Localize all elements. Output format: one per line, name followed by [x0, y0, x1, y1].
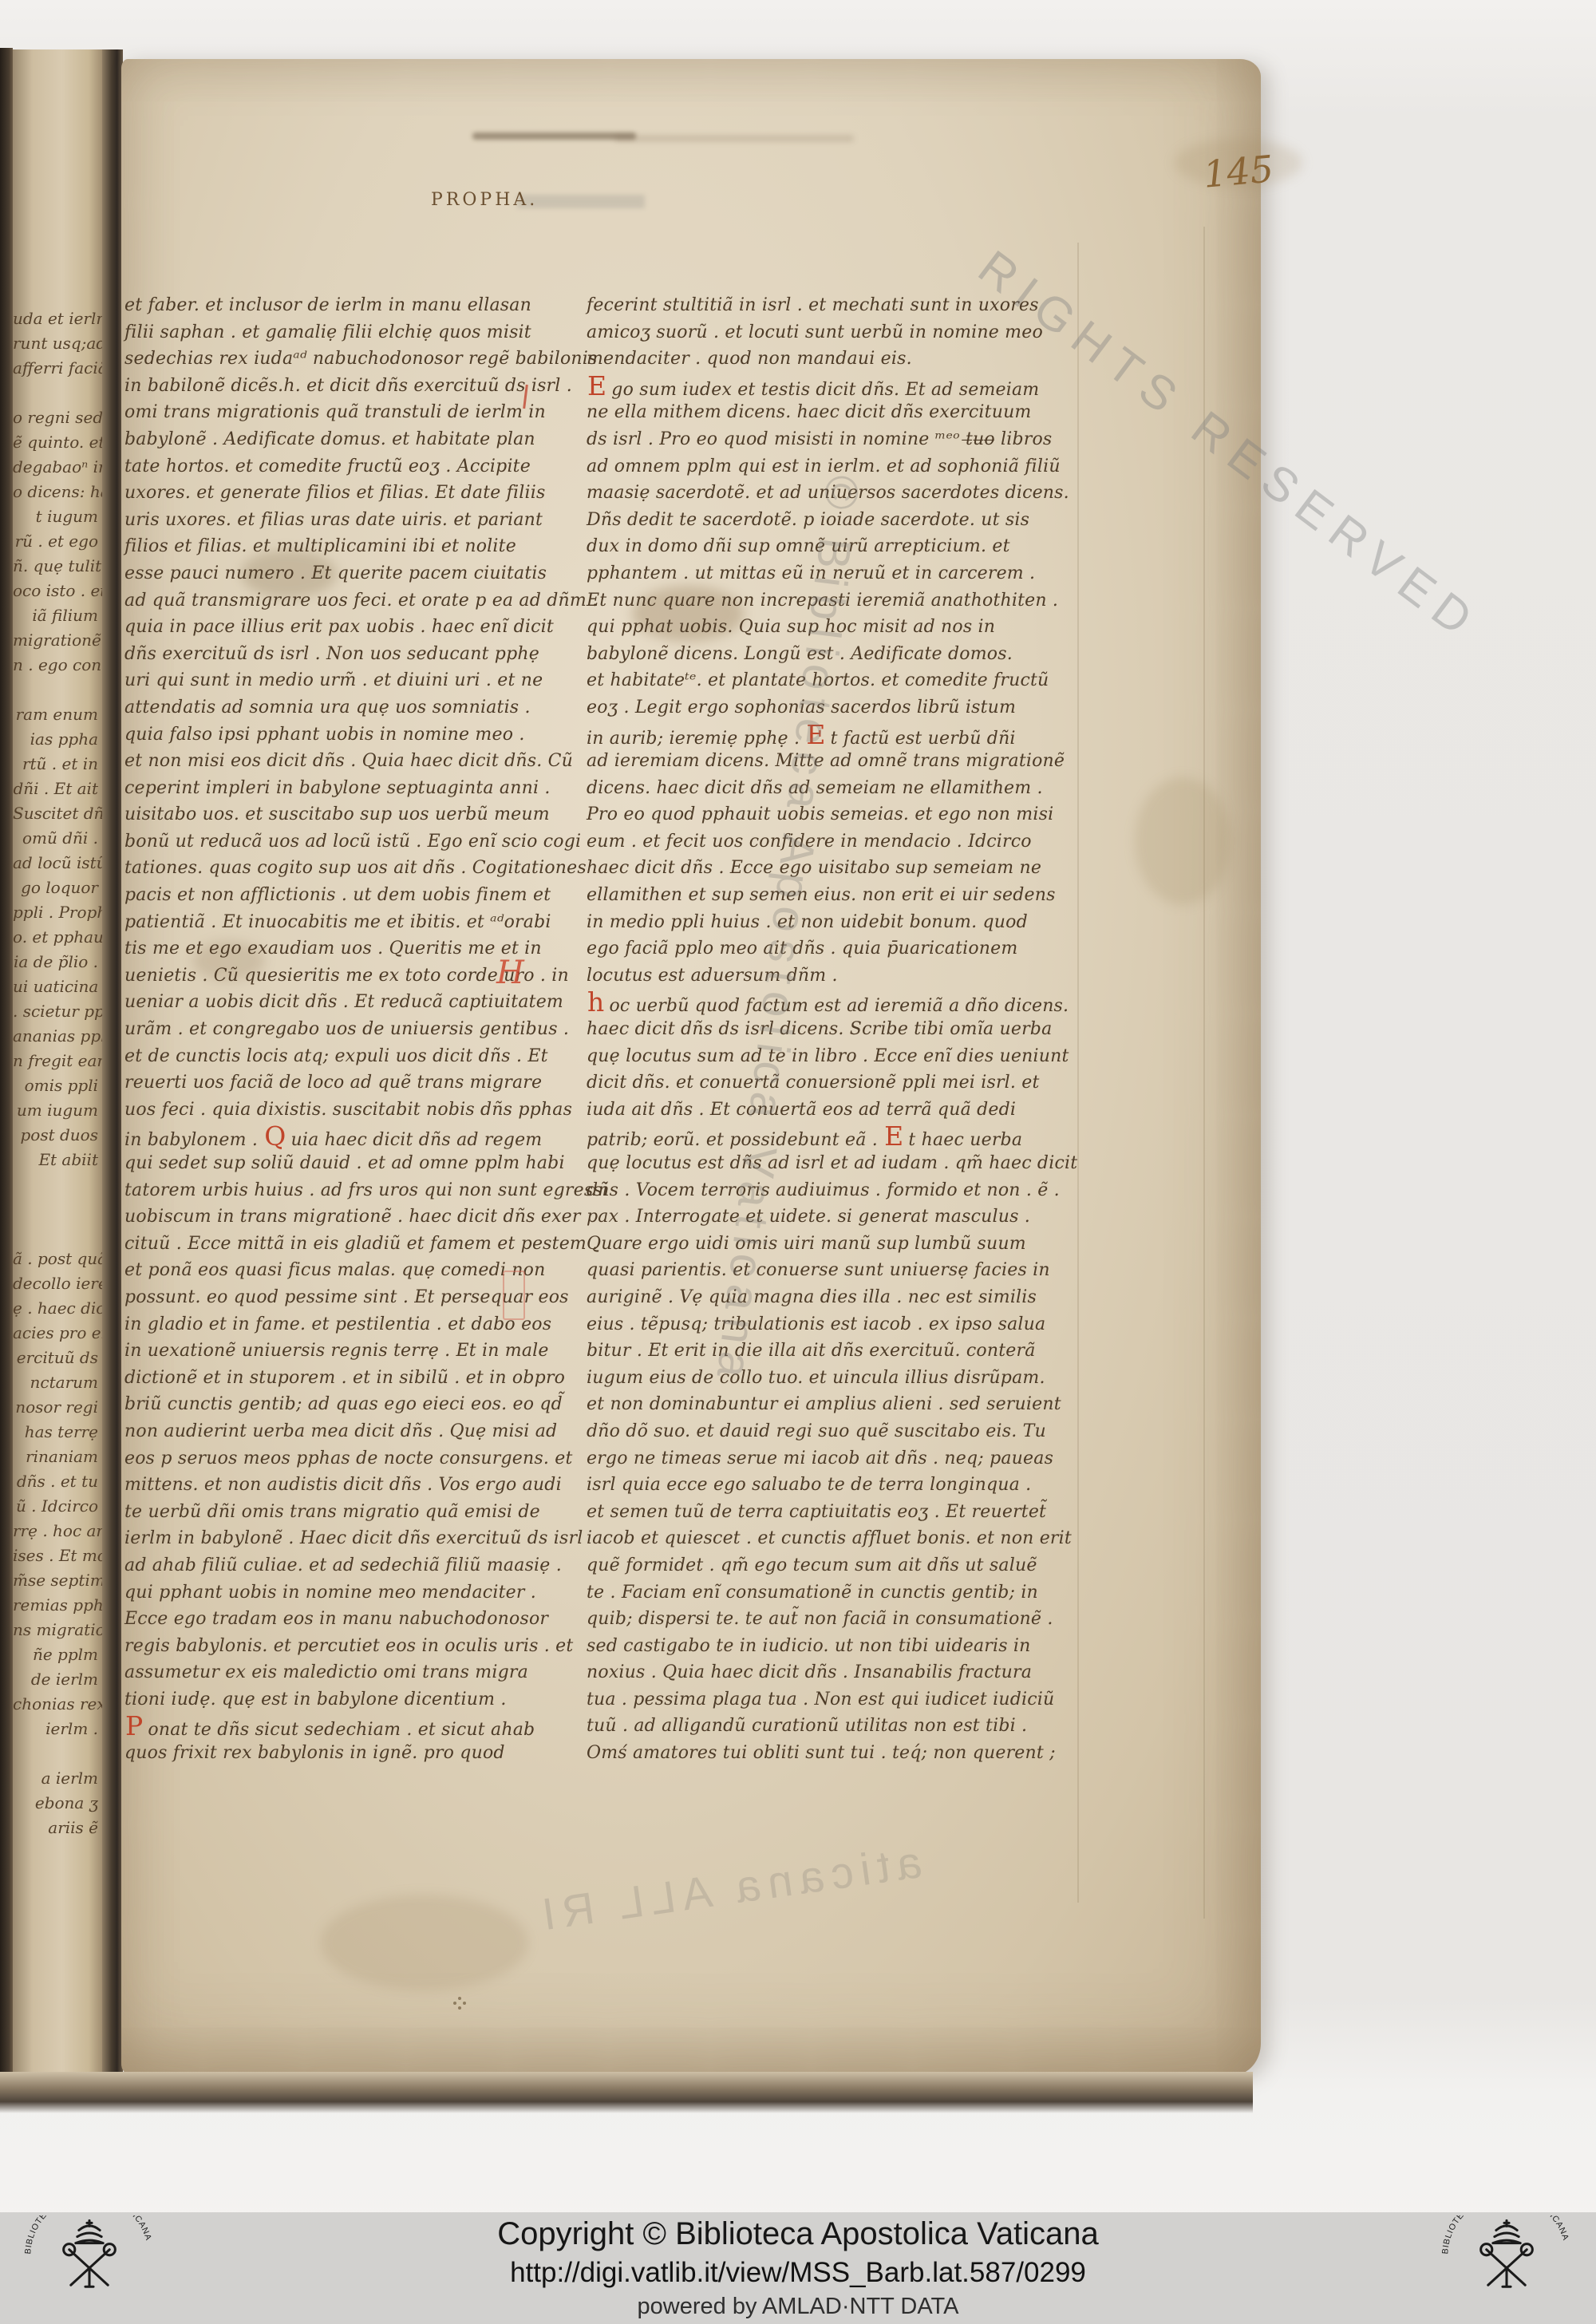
manuscript-line: ananias ppha	[13, 1024, 102, 1049]
manuscript-line: ñ. quẹ tulit	[13, 554, 102, 579]
manuscript-line: omis ppli	[13, 1073, 102, 1098]
manuscript-line: remias ppha	[13, 1593, 102, 1618]
manuscript-line: um iugum	[13, 1098, 102, 1123]
manuscript-line: rũ . et ego	[13, 529, 102, 554]
manuscript-line: locutus est aduersum dñm .	[587, 962, 1077, 990]
manuscript-line: et habitateᵗᵉ. et plantate hortos. et co…	[587, 667, 1077, 694]
manuscript-line: ueniar a uobis dicit dñs . Et reducã cap…	[124, 989, 586, 1016]
manuscript-line: auriginẽ . Vẹ quia magna dies illa . nec…	[587, 1284, 1077, 1311]
manuscript-line: tuũ . ad alligandũ curationũ utilitas no…	[587, 1713, 1077, 1740]
manuscript-line: has terrẹ	[13, 1420, 102, 1445]
ruling-crease	[1203, 227, 1205, 1919]
manuscript-line: et semen tuũ de terra captiuitatis eoʒ .…	[587, 1499, 1077, 1526]
book-spine-edge	[0, 48, 13, 2091]
manuscript-line: patrib; eorũ. et possidebunt eã . Et hae…	[587, 1123, 1077, 1150]
manuscript-line: ui uaticina	[13, 974, 102, 999]
manuscript-line: babylonẽ . Aedificate domus. et habitate…	[124, 426, 586, 453]
manuscript-line	[13, 1172, 102, 1197]
manuscript-line: oco isto . et	[13, 579, 102, 603]
manuscript-line: filios et filias. et multiplicamini ibi …	[124, 533, 586, 560]
rubricated-initial: E	[883, 1120, 908, 1152]
manuscript-line: sedechias rex iudaᵃᵈ nabuchodonosor regẽ…	[124, 346, 586, 373]
manuscript-line	[13, 1222, 102, 1247]
ink-smudge	[472, 132, 636, 140]
manuscript-line: qui pphat uobis. Quia sup hoc misit ad n…	[587, 614, 1077, 641]
manuscript-line: ad omnem pplm qui est in ierlm. et ad so…	[587, 453, 1077, 480]
manuscript-line: tua . pessima plaga tua . Non est qui iu…	[587, 1686, 1077, 1713]
manuscript-line: chonias rex	[13, 1692, 102, 1717]
manuscript-line: quẽ formidet . qm̃ ego tecum sum ait dñs…	[587, 1552, 1077, 1579]
manuscript-line: ises . Et mor	[13, 1543, 102, 1568]
crossed-keys-tiara-icon	[1481, 2220, 1533, 2286]
manuscript-line: n . ego con	[13, 653, 102, 678]
manuscript-line: quia in pace illius erit pax uobis . hae…	[124, 614, 586, 641]
manuscript-line: bonũ ut reducã uos ad locũ istũ . Ego en…	[124, 828, 586, 856]
manuscript-line: quasi parientis. et conuerse sunt uniuer…	[587, 1257, 1077, 1284]
footer-powered-by: powered by AMLAD·NTT DATA	[638, 2294, 959, 2320]
manuscript-line: pphantem . ut mittas eũ in neruũ et in c…	[587, 560, 1077, 587]
manuscript-line: briũ cunctis gentib; ad quas ego eieci e…	[124, 1391, 586, 1418]
gutter-shadow	[102, 49, 123, 2086]
text-column-left: et faber. et inclusor de ierlm in manu e…	[124, 292, 586, 1767]
running-title: PROPHA.	[431, 190, 538, 210]
manuscript-line: et de cunctis locis atq; expuli uos dici…	[124, 1043, 586, 1070]
manuscript-line: tatorem urbis huius . ad frs uros qui no…	[124, 1177, 586, 1204]
manuscript-line: ũ . Idcirco	[13, 1494, 102, 1519]
ink-smudge	[614, 136, 854, 141]
marginal-rubric-mark: H	[496, 955, 524, 991]
manuscript-line: dñs exercituũ ds isrl . Non uos seducant…	[124, 641, 586, 668]
manuscript-line: ierlm .	[13, 1717, 102, 1741]
manuscript-line: dñi . Et ait	[13, 777, 102, 801]
manuscript-line: reuerti uos faciã de loco ad quẽ trans m…	[124, 1069, 586, 1097]
text-column-right: fecerint stultitiã in isrl . et mechati …	[587, 292, 1077, 1767]
manuscript-line: in babylonem . Quia haec dicit dñs ad re…	[124, 1123, 586, 1150]
manuscript-line: fecerint stultitiã in isrl . et mechati …	[587, 292, 1077, 319]
manuscript-line: ias ppha	[13, 727, 102, 752]
manuscript-line: ppli . Prophẹ	[13, 900, 102, 925]
manuscript-line: in aurib; ieremiẹ pphẹ . Et factũ est ue…	[587, 721, 1077, 749]
manuscript-line: go loquor	[13, 875, 102, 900]
manuscript-line: nctarum	[13, 1370, 102, 1395]
footer-copyright: Copyright © Biblioteca Apostolica Vatica…	[497, 2216, 1099, 2252]
rubricated-initial: h	[587, 986, 609, 1018]
manuscript-line: quia falso ipsi pphant uobis in nomine m…	[124, 721, 586, 749]
manuscript-line: uos feci . quia dixistis. suscitabit nob…	[124, 1097, 586, 1124]
manuscript-line: et faber. et inclusor de ierlm in manu e…	[124, 292, 586, 319]
manuscript-line: amicoʒ suorũ . et locuti sunt uerbũ in n…	[587, 319, 1077, 346]
manuscript-line: sed castigabo te in iudicio. ut non tibi…	[587, 1633, 1077, 1660]
rubricated-initial: Q	[263, 1120, 290, 1152]
quire-ornament	[456, 2000, 463, 2006]
manuscript-line: quos frixit rex babylonis in ignẽ. pro q…	[124, 1740, 586, 1767]
manuscript-line: decollo ierem̃	[13, 1271, 102, 1296]
manuscript-line: Pro eo quod pphauit uobis semeias. et eg…	[587, 801, 1077, 828]
manuscript-line: isrl quia ecce ego saluabo te de terra l…	[587, 1472, 1077, 1499]
parchment-stain	[1135, 777, 1231, 905]
manuscript-line: Omś amatores tui obliti sunt tui . teq́;…	[587, 1740, 1077, 1767]
manuscript-line: nosor regi	[13, 1395, 102, 1420]
digitized-manuscript-scan: uda et ierlmrunt usq;adafferri faciã ea …	[0, 0, 1596, 2324]
manuscript-line: o regni sedechi	[13, 405, 102, 430]
manuscript-line: tationes. quas cogito sup uos ait dñs . …	[124, 855, 586, 882]
manuscript-line: et non misi eos dicit dñs . Quia haec di…	[124, 748, 586, 775]
manuscript-line: dux in domo dñi sup omnẽ uirũ arrepticiu…	[587, 533, 1077, 560]
manuscript-line: te . Faciam enĩ consumationẽ in cunctis …	[587, 1579, 1077, 1607]
manuscript-line: ergo ne timeas serue mi iacob ait dñs . …	[587, 1445, 1077, 1472]
manuscript-line: ã . post quã	[13, 1247, 102, 1271]
manuscript-line: a ierlm	[13, 1766, 102, 1791]
manuscript-line: ercituũ ds	[13, 1346, 102, 1370]
manuscript-line: Ponat te dñs sicut sedechiam . et sicut …	[124, 1713, 586, 1740]
ruling-crease	[1077, 243, 1079, 1903]
manuscript-line: dicit dñs. et conuertã conuersionẽ ppli …	[587, 1069, 1077, 1097]
manuscript-line: filii saphan . et gamaliẹ filii elchiẹ q…	[124, 319, 586, 346]
manuscript-line: eius . tẽpusq; tribulationis est iacob .…	[587, 1311, 1077, 1338]
manuscript-line: Dñs dedit te sacerdotẽ. p ioiade sacerdo…	[587, 507, 1077, 534]
manuscript-line: acies pro eis	[13, 1321, 102, 1346]
manuscript-line: uris uxores. et filias uras date uiris. …	[124, 507, 586, 534]
manuscript-line	[13, 678, 102, 702]
folio-number: 145	[1202, 147, 1275, 196]
manuscript-line: Et nunc quare non increpasti ieremiã ana…	[587, 587, 1077, 615]
manuscript-line: tioni iudẹ. quẹ est in babylone dicentiu…	[124, 1686, 586, 1713]
manuscript-line: dñs . Vocem terroris audiuimus . formido…	[587, 1177, 1077, 1204]
manuscript-line: eoʒ . Legit ergo sophonias sacerdos libr…	[587, 694, 1077, 721]
manuscript-page: et faber. et inclusor de ierlm in manu e…	[121, 59, 1261, 2075]
rubricated-initial: P	[124, 1710, 148, 1741]
manuscript-line: uda et ierlm	[13, 306, 102, 331]
manuscript-line: pacis et non afflictionis . ut dem uobis…	[124, 882, 586, 909]
manuscript-line: mendaciter . quod non mandaui eis.	[587, 346, 1077, 373]
manuscript-line: ns migrationis .	[13, 1618, 102, 1642]
manuscript-line: tate hortos. et comedite fructũ eoʒ . Ac…	[124, 453, 586, 480]
manuscript-line: ad ahab filiũ culiae. et ad sedechiã fil…	[124, 1552, 586, 1579]
manuscript-line: patientiã . Et inuocabitis me et ibitis.…	[124, 909, 586, 936]
parchment-stain	[321, 1895, 528, 1990]
manuscript-line: dñs . et tu	[13, 1469, 102, 1494]
manuscript-line: in medio ppli huius . et non uidebit bon…	[587, 909, 1077, 936]
manuscript-line	[13, 1741, 102, 1766]
manuscript-line: omũ dñi .	[13, 826, 102, 851]
manuscript-line: in uexationẽ uniuersis regnis terrẹ . Et…	[124, 1338, 586, 1365]
manuscript-line: cituũ . Ecce mittã in eis gladiũ et fame…	[124, 1231, 586, 1258]
manuscript-line: qui sedet sup soliũ dauid . et ad omne p…	[124, 1150, 586, 1177]
vatican-library-emblem-right: BIBLIOTECA APOSTOLICA VATICANA	[1430, 2215, 1583, 2324]
footer-text-block: Copyright © Biblioteca Apostolica Vatica…	[0, 2212, 1596, 2324]
manuscript-line: pax . Interrogate et uidete. si generat …	[587, 1203, 1077, 1231]
manuscript-line: rtũ . et in	[13, 752, 102, 777]
manuscript-line: degabaoⁿ in	[13, 455, 102, 480]
manuscript-line	[13, 381, 102, 405]
manuscript-line: ad ieremiam dicens. Mitte ad omnẽ trans …	[587, 748, 1077, 775]
manuscript-line: omi trans migrationis quã transtuli de i…	[124, 399, 586, 426]
manuscript-line: non audierint uerba mea dicit dñs . Quẹ …	[124, 1418, 586, 1445]
manuscript-line: urãm . et congregabo uos de uniuersis ge…	[124, 1016, 586, 1043]
manuscript-line: uobiscum in trans migrationẽ . haec dici…	[124, 1203, 586, 1231]
manuscript-line: quẹ locutus est dñs ad isrl et ad iudam …	[587, 1150, 1077, 1177]
manuscript-line: eos p seruos meos pphas de nocte consurg…	[124, 1445, 586, 1472]
manuscript-line: mittens. et non audistis dicit dñs . Vos…	[124, 1472, 586, 1499]
manuscript-line: assumetur ex eis maledictio omi trans mi…	[124, 1659, 586, 1686]
manuscript-line: de ierlm	[13, 1667, 102, 1692]
manuscript-line: post duos	[13, 1123, 102, 1148]
manuscript-line: ad quã transmigrare uos feci. et orate p…	[124, 587, 586, 615]
manuscript-line: Suscitet dñs uerba	[13, 801, 102, 826]
manuscript-line: Quare ergo uidi omis uiri manũ sup lumbũ…	[587, 1231, 1077, 1258]
manuscript-line: ierlm in babylonẽ . Haec dicit dñs exerc…	[124, 1525, 586, 1552]
footer-bar: BIBLIOTECA APOSTOLICA VATICANA Copyright…	[0, 2212, 1596, 2324]
manuscript-line: runt usq;ad	[13, 331, 102, 356]
manuscript-line: quẹ locutus sum ad te in libro . Ecce en…	[587, 1043, 1077, 1070]
manuscript-line: et non dominabuntur ei amplius alieni . …	[587, 1391, 1077, 1418]
manuscript-line: uri qui sunt in medio urm̃ . et diuini u…	[124, 667, 586, 694]
manuscript-line: ariis ẽ	[13, 1816, 102, 1840]
manuscript-line: t iugum	[13, 504, 102, 529]
manuscript-line: iuda ait dñs . Et conuertã eos ad terrã …	[587, 1097, 1077, 1124]
manuscript-line: ñe pplm	[13, 1642, 102, 1667]
manuscript-line: iacob et quiescet . et cunctis affluet b…	[587, 1525, 1077, 1552]
manuscript-line: dño dõ suo. et dauid regi suo quẽ suscit…	[587, 1418, 1077, 1445]
manuscript-line: o dicens: haec	[13, 480, 102, 504]
manuscript-line: ebona ʒ	[13, 1791, 102, 1816]
marginal-red-box	[503, 1271, 525, 1320]
manuscript-line: quib; dispersi te. te aut̃ non faciã in …	[587, 1606, 1077, 1633]
manuscript-line: uxores. et generate filios et filias. Et…	[124, 480, 586, 507]
manuscript-line: uisitabo uos. et suscitabo sup uos uerbũ…	[124, 801, 586, 828]
manuscript-line: ceperint impleri in babylone septuaginta…	[124, 775, 586, 802]
manuscript-line: rrẹ . hoc anno	[13, 1519, 102, 1543]
manuscript-line: eum . et fecit uos confidere in mendacio…	[587, 828, 1077, 856]
rubricated-initial: E	[587, 370, 611, 401]
manuscript-line: o. et pphauert̃	[13, 925, 102, 950]
manuscript-line: in babilonẽ dicẽs.h. et dicit dñs exerci…	[124, 373, 586, 400]
manuscript-line: ad locũ istũ .	[13, 851, 102, 875]
manuscript-line: Ego sum iudex et testis dicit dñs. Et ad…	[587, 373, 1077, 400]
manuscript-line: dictionẽ et in stuporem . et in sibilũ .…	[124, 1365, 586, 1392]
manuscript-line: Et abiit	[13, 1148, 102, 1172]
manuscript-line: dicens. haec dicit dñs ad semeiam ne ell…	[587, 775, 1077, 802]
manuscript-line: iugum eius de collo tuo. et uincula illi…	[587, 1365, 1077, 1392]
manuscript-line: esse pauci numero . Et querite pacem ciu…	[124, 560, 586, 587]
manuscript-line: attendatis ad somnia ura quẹ uos somniat…	[124, 694, 586, 721]
manuscript-line: ẹ . haec dicit	[13, 1296, 102, 1321]
manuscript-line: qui pphant uobis in nomine meo mendacite…	[124, 1579, 586, 1607]
manuscript-line: bitur . Et erit in die illa ait dñs exer…	[587, 1338, 1077, 1365]
manuscript-line: ego faciã pplo meo ait dñs . quia p̄uari…	[587, 935, 1077, 962]
manuscript-line: rinaniam	[13, 1445, 102, 1469]
manuscript-line: afferri faciã ea	[13, 356, 102, 381]
manuscript-line: ẽ quinto. et dñi	[13, 430, 102, 455]
manuscript-line: ne ella mithem dicens. haec dicit dñs ex…	[587, 399, 1077, 426]
manuscript-line: . scietur ppha	[13, 999, 102, 1024]
manuscript-line: te uerbũ dñi omis trans migratio quã emi…	[124, 1499, 586, 1526]
manuscript-line: migrationẽ	[13, 628, 102, 653]
manuscript-line: ram enum	[13, 702, 102, 727]
manuscript-line: m̃se septimo .	[13, 1568, 102, 1593]
manuscript-line	[13, 1197, 102, 1222]
manuscript-line: regis babylonis. et percutiet eos in ocu…	[124, 1633, 586, 1660]
manuscript-line: babylonẽ dicens. Longũ est . Aedificate …	[587, 641, 1077, 668]
book-bottom-edge	[0, 2072, 1253, 2113]
manuscript-line: ellamithen et sup semen eius. non erit e…	[587, 882, 1077, 909]
manuscript-line: n fregit eam .	[13, 1049, 102, 1073]
footer-url: http://digi.vatlib.it/view/MSS_Barb.lat.…	[510, 2257, 1086, 2289]
manuscript-line: ia de p̃lio .	[13, 950, 102, 974]
manuscript-line: noxius . Quia haec dicit dñs . Insanabil…	[587, 1659, 1077, 1686]
manuscript-line: maasiẹ sacerdotẽ. et ad uniuersos sacerd…	[587, 480, 1077, 507]
manuscript-line: ds isrl . Pro eo quod misisti in nomine …	[587, 426, 1077, 453]
manuscript-line: hoc uerbũ quod factum est ad ieremiã a d…	[587, 989, 1077, 1016]
manuscript-line: Ecce ego tradam eos in manu nabuchodonos…	[124, 1606, 586, 1633]
manuscript-line: haec dicit dñs ds isrl dicens. Scribe ti…	[587, 1016, 1077, 1043]
facing-page-edge: uda et ierlmrunt usq;adafferri faciã ea …	[13, 49, 102, 2086]
manuscript-line: haec dicit dñs . Ecce ego uisitabo sup s…	[587, 855, 1077, 882]
rubricated-initial: E	[805, 719, 830, 750]
manuscript-line: iã filium	[13, 603, 102, 628]
